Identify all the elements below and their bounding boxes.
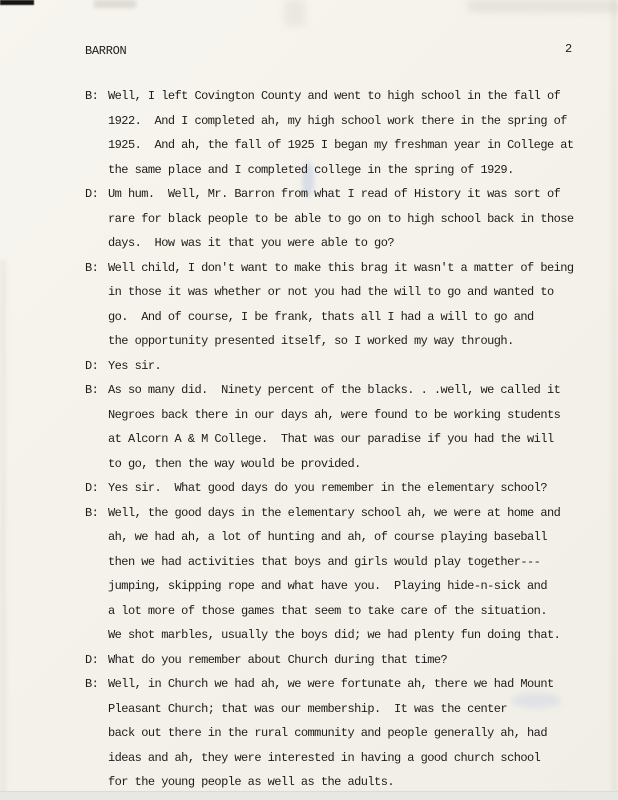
- speaker-label: D:: [85, 354, 98, 379]
- transcript-line: 1925. And ah, the fall of 1925 I began m…: [108, 133, 596, 158]
- transcript-line: D:Yes sir.: [108, 354, 596, 379]
- speaker-label: D:: [85, 182, 98, 207]
- transcript-line: days. How was it that you were able to g…: [108, 231, 596, 256]
- transcript-line: in those it was whether or not you had t…: [108, 280, 596, 305]
- transcript-line: B:Well child, I don't want to make this …: [108, 256, 596, 281]
- transcript-line: then we had activities that boys and gir…: [108, 550, 596, 575]
- line-text: Pleasant Church; that was our membership…: [108, 702, 507, 716]
- scan-black-mark: [0, 0, 34, 5]
- transcript-line: D:Um hum. Well, Mr. Barron from what I r…: [108, 182, 596, 207]
- line-text: at Alcorn A & M College. That was our pa…: [108, 432, 554, 446]
- line-text: jumping, skipping rope and what have you…: [108, 579, 547, 593]
- transcript-line: Pleasant Church; that was our membership…: [108, 697, 596, 722]
- line-text: ah, we had ah, a lot of hunting and ah, …: [108, 530, 547, 544]
- line-text: days. How was it that you were able to g…: [108, 236, 394, 250]
- transcript-line: go. And of course, I be frank, thats all…: [108, 305, 596, 330]
- scan-edge-shade: [468, 0, 618, 12]
- scan-smudge: [94, 0, 136, 8]
- line-text: 1925. And ah, the fall of 1925 I began m…: [108, 138, 574, 152]
- document-title: BARRON: [85, 44, 126, 58]
- transcript-line: rare for black people to be able to go o…: [108, 207, 596, 232]
- transcript-line: ideas and ah, they were interested in ha…: [108, 746, 596, 771]
- line-text: ideas and ah, they were interested in ha…: [108, 751, 540, 765]
- speaker-label: D:: [85, 648, 98, 673]
- line-text: in those it was whether or not you had t…: [108, 285, 554, 299]
- speaker-label: B:: [85, 501, 98, 526]
- speaker-label: B:: [85, 378, 98, 403]
- transcript-line: jumping, skipping rope and what have you…: [108, 574, 596, 599]
- line-text: We shot marbles, usually the boys did; w…: [108, 628, 560, 642]
- transcript-line: B:Well, in Church we had ah, we were for…: [108, 672, 596, 697]
- transcript-line: D:Yes sir. What good days do you remembe…: [108, 476, 596, 501]
- speaker-label: B:: [85, 256, 98, 281]
- page-number: 2: [565, 42, 572, 56]
- line-text: a lot more of those games that seem to t…: [108, 604, 547, 618]
- line-text: Well, I left Covington County and went t…: [108, 89, 560, 103]
- line-text: Yes sir.: [108, 359, 161, 373]
- line-text: As so many did. Ninety percent of the bl…: [108, 383, 560, 397]
- speaker-label: B:: [85, 84, 98, 109]
- scan-edge-shade: [611, 0, 618, 800]
- line-text: 1922. And I completed ah, my high school…: [108, 114, 567, 128]
- line-text: to go, then the way would be provided.: [108, 457, 361, 471]
- scanned-page: BARRON 2 B:Well, I left Covington County…: [0, 0, 618, 800]
- transcript-line: the same place and I completed college i…: [108, 158, 596, 183]
- line-text: Well, the good days in the elementary sc…: [108, 506, 560, 520]
- line-text: go. And of course, I be frank, thats all…: [108, 310, 534, 324]
- transcript-line: ah, we had ah, a lot of hunting and ah, …: [108, 525, 596, 550]
- transcript-line: B:Well, the good days in the elementary …: [108, 501, 596, 526]
- line-text: rare for black people to be able to go o…: [108, 212, 574, 226]
- scan-edge-shade: [0, 260, 6, 800]
- speaker-label: B:: [85, 672, 98, 697]
- transcript-line: to go, then the way would be provided.: [108, 452, 596, 477]
- line-text: Negroes back there in our days ah, were …: [108, 408, 560, 422]
- transcript-line: B:As so many did. Ninety percent of the …: [108, 378, 596, 403]
- line-text: the opportunity presented itself, so I w…: [108, 334, 514, 348]
- line-text: then we had activities that boys and gir…: [108, 555, 540, 569]
- line-text: the same place and I completed college i…: [108, 163, 514, 177]
- line-text: Um hum. Well, Mr. Barron from what I rea…: [108, 187, 560, 201]
- transcript-line: a lot more of those games that seem to t…: [108, 599, 596, 624]
- transcript-line: B:Well, I left Covington County and went…: [108, 84, 596, 109]
- line-text: What do you remember about Church during…: [108, 653, 447, 667]
- line-text: Yes sir. What good days do you remember …: [108, 481, 547, 495]
- transcript-line: 1922. And I completed ah, my high school…: [108, 109, 596, 134]
- transcript-line: at Alcorn A & M College. That was our pa…: [108, 427, 596, 452]
- transcript: B:Well, I left Covington County and went…: [108, 84, 596, 795]
- transcript-line: the opportunity presented itself, so I w…: [108, 329, 596, 354]
- transcript-line: for the young people as well as the adul…: [108, 770, 596, 795]
- transcript-line: We shot marbles, usually the boys did; w…: [108, 623, 596, 648]
- transcript-line: D:What do you remember about Church duri…: [108, 648, 596, 673]
- transcript-line: Negroes back there in our days ah, were …: [108, 403, 596, 428]
- speaker-label: D:: [85, 476, 98, 501]
- line-text: for the young people as well as the adul…: [108, 775, 394, 789]
- line-text: Well child, I don't want to make this br…: [108, 261, 574, 275]
- transcript-line: back out there in the rural community an…: [108, 721, 596, 746]
- line-text: back out there in the rural community an…: [108, 726, 547, 740]
- line-text: Well, in Church we had ah, we were fortu…: [108, 677, 554, 691]
- scan-smudge: [285, 0, 305, 26]
